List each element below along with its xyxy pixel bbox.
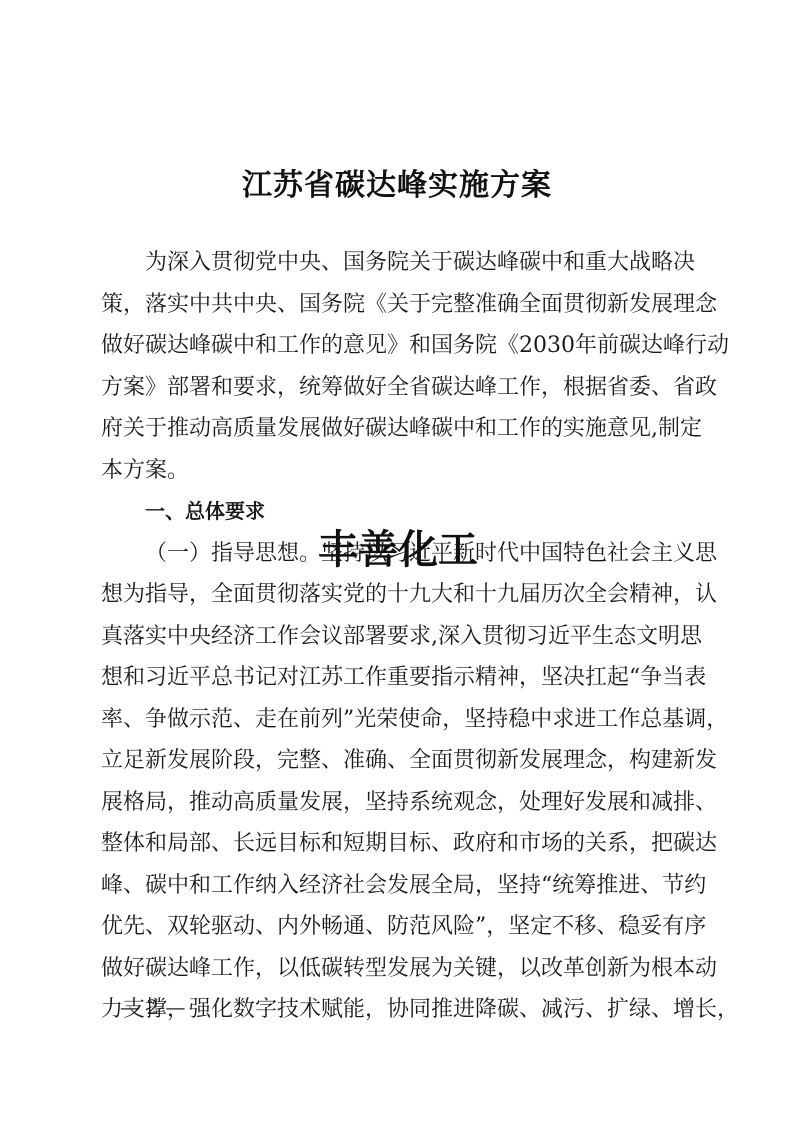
paragraph-line: 展格局，推动高质量发展，坚持系统观念，处理好发展和减排、 [101, 782, 693, 824]
page-number: — 2 — [120, 995, 185, 1019]
paragraph-line: 做好碳达峰工作，以低碳转型发展为关键，以改革创新为根本动 [101, 948, 693, 990]
paragraph-line: 方案》部署和要求，统筹做好全省碳达峰工作，根据省委、省政 [101, 367, 693, 409]
paragraph-line: 率、争做示范、走在前列”光荣使命，坚持稳中求进工作总基调， [101, 699, 693, 741]
document-page: 江苏省碳达峰实施方案 为深入贯彻党中央、国务院关于碳达峰碳中和重大战略决 策，落… [0, 0, 794, 1123]
paragraph-line: 优先、双轮驱动、内外畅通、防范风险”，坚定不移、稳妥有序 [101, 906, 693, 948]
paragraph-line: 整体和局部、长远目标和短期目标、政府和市场的关系，把碳达 [101, 823, 693, 865]
document-title: 江苏省碳达峰实施方案 [0, 160, 794, 204]
paragraph-line: 为深入贯彻党中央、国务院关于碳达峰碳中和重大战略决 [101, 242, 693, 284]
paragraph-line: 峰、碳中和工作纳入经济社会发展全局，坚持“统筹推进、节约 [101, 865, 693, 907]
paragraph-line: 想和习近平总书记对江苏工作重要指示精神，坚决扛起“争当表 [101, 657, 693, 699]
paragraph-line: 府关于推动高质量发展做好碳达峰碳中和工作的实施意见,制定 [101, 408, 693, 450]
paragraph-line: 立足新发展阶段，完整、准确、全面贯彻新发展理念，构建新发 [101, 740, 693, 782]
paragraph-line: 真落实中央经济工作会议部署要求,深入贯彻习近平生态文明思 [101, 616, 693, 658]
paragraph-line: 做好碳达峰碳中和工作的意见》和国务院《2030年前碳达峰行动 [101, 325, 693, 367]
document-body: 为深入贯彻党中央、国务院关于碳达峰碳中和重大战略决 策，落实中共中央、国务院《关… [101, 242, 693, 1031]
paragraph-line: 策，落实中共中央、国务院《关于完整准确全面贯彻新发展理念 [101, 284, 693, 326]
paragraph-line: 本方案。 [101, 450, 693, 492]
paragraph-line: 想为指导，全面贯彻落实党的十九大和十九届历次全会精神，认 [101, 574, 693, 616]
paragraph-line: 力支撑，强化数字技术赋能，协同推进降碳、减污、扩绿、增长， [101, 989, 693, 1031]
watermark: 丰善化工 [318, 528, 478, 572]
